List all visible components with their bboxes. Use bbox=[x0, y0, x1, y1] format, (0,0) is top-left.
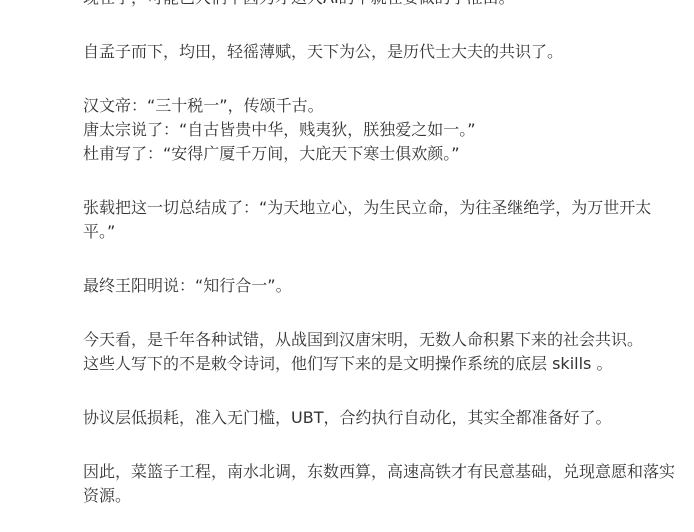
paragraph-zhang-zai: 张载把这一切总结成了：“为天地立心，为生民立命，为往圣继绝学，为万世开太平。” bbox=[83, 196, 683, 244]
text-line: 张载把这一切总结成了：“为天地立心，为生民立命，为往圣继绝学，为万世开太平。” bbox=[83, 196, 683, 244]
text-line: 因此，菜篮子工程，南水北调，东数西算，高速高铁才有民意基础，兑现意愿和落实资源。 bbox=[83, 460, 683, 508]
paragraph-mencius-consensus: 自孟子而下，均田，轻徭薄赋，天下为公，是历代士大夫的共识了。 bbox=[83, 40, 683, 64]
text-line: 杜甫写了：“安得广厦千万间，大庇天下寒士俱欢颜。” bbox=[83, 142, 683, 166]
paragraph-protocol-layer: 协议层低损耗，准入无门槛，UBT，合约执行自动化，其实全都准备好了。 bbox=[83, 406, 683, 430]
article-body: 现在了，可能已人们不因为才这人AI的不就在要做的了准由。 自孟子而下，均田，轻徭… bbox=[83, 0, 683, 532]
paragraph-wang-yangming: 最终王阳明说：“知行合一”。 bbox=[83, 274, 683, 298]
paragraph-historical-quotes: 汉文帝：“三十税一”，传颂千古。 唐太宗说了：“自古皆贵中华，贱夷狄，朕独爱之如… bbox=[83, 94, 683, 166]
text-line: 这些人写下的不是敕令诗词，他们写下来的是文明操作系统的底层 skills 。 bbox=[83, 352, 683, 376]
text-line: 自孟子而下，均田，轻徭薄赋，天下为公，是历代士大夫的共识了。 bbox=[83, 40, 683, 64]
paragraph-infrastructure: 因此，菜篮子工程，南水北调，东数西算，高速高铁才有民意基础，兑现意愿和落实资源。 bbox=[83, 460, 683, 508]
text-line: 今天看，是千年各种试错，从战国到汉唐宋明，无数人命积累下来的社会共识。 bbox=[83, 328, 683, 352]
text-line: 现在了，可能已人们不因为才这人AI的不就在要做的了准由。 bbox=[83, 0, 683, 10]
text-line: 唐太宗说了：“自古皆贵中华，贱夷狄，朕独爱之如一。” bbox=[83, 118, 683, 142]
text-line: 最终王阳明说：“知行合一”。 bbox=[83, 274, 683, 298]
text-line: 汉文帝：“三十税一”，传颂千古。 bbox=[83, 94, 683, 118]
text-line: 协议层低损耗，准入无门槛，UBT，合约执行自动化，其实全都准备好了。 bbox=[83, 406, 683, 430]
paragraph-truncated-intro: 现在了，可能已人们不因为才这人AI的不就在要做的了准由。 bbox=[83, 0, 683, 10]
paragraph-civilization-os: 今天看，是千年各种试错，从战国到汉唐宋明，无数人命积累下来的社会共识。 这些人写… bbox=[83, 328, 683, 376]
